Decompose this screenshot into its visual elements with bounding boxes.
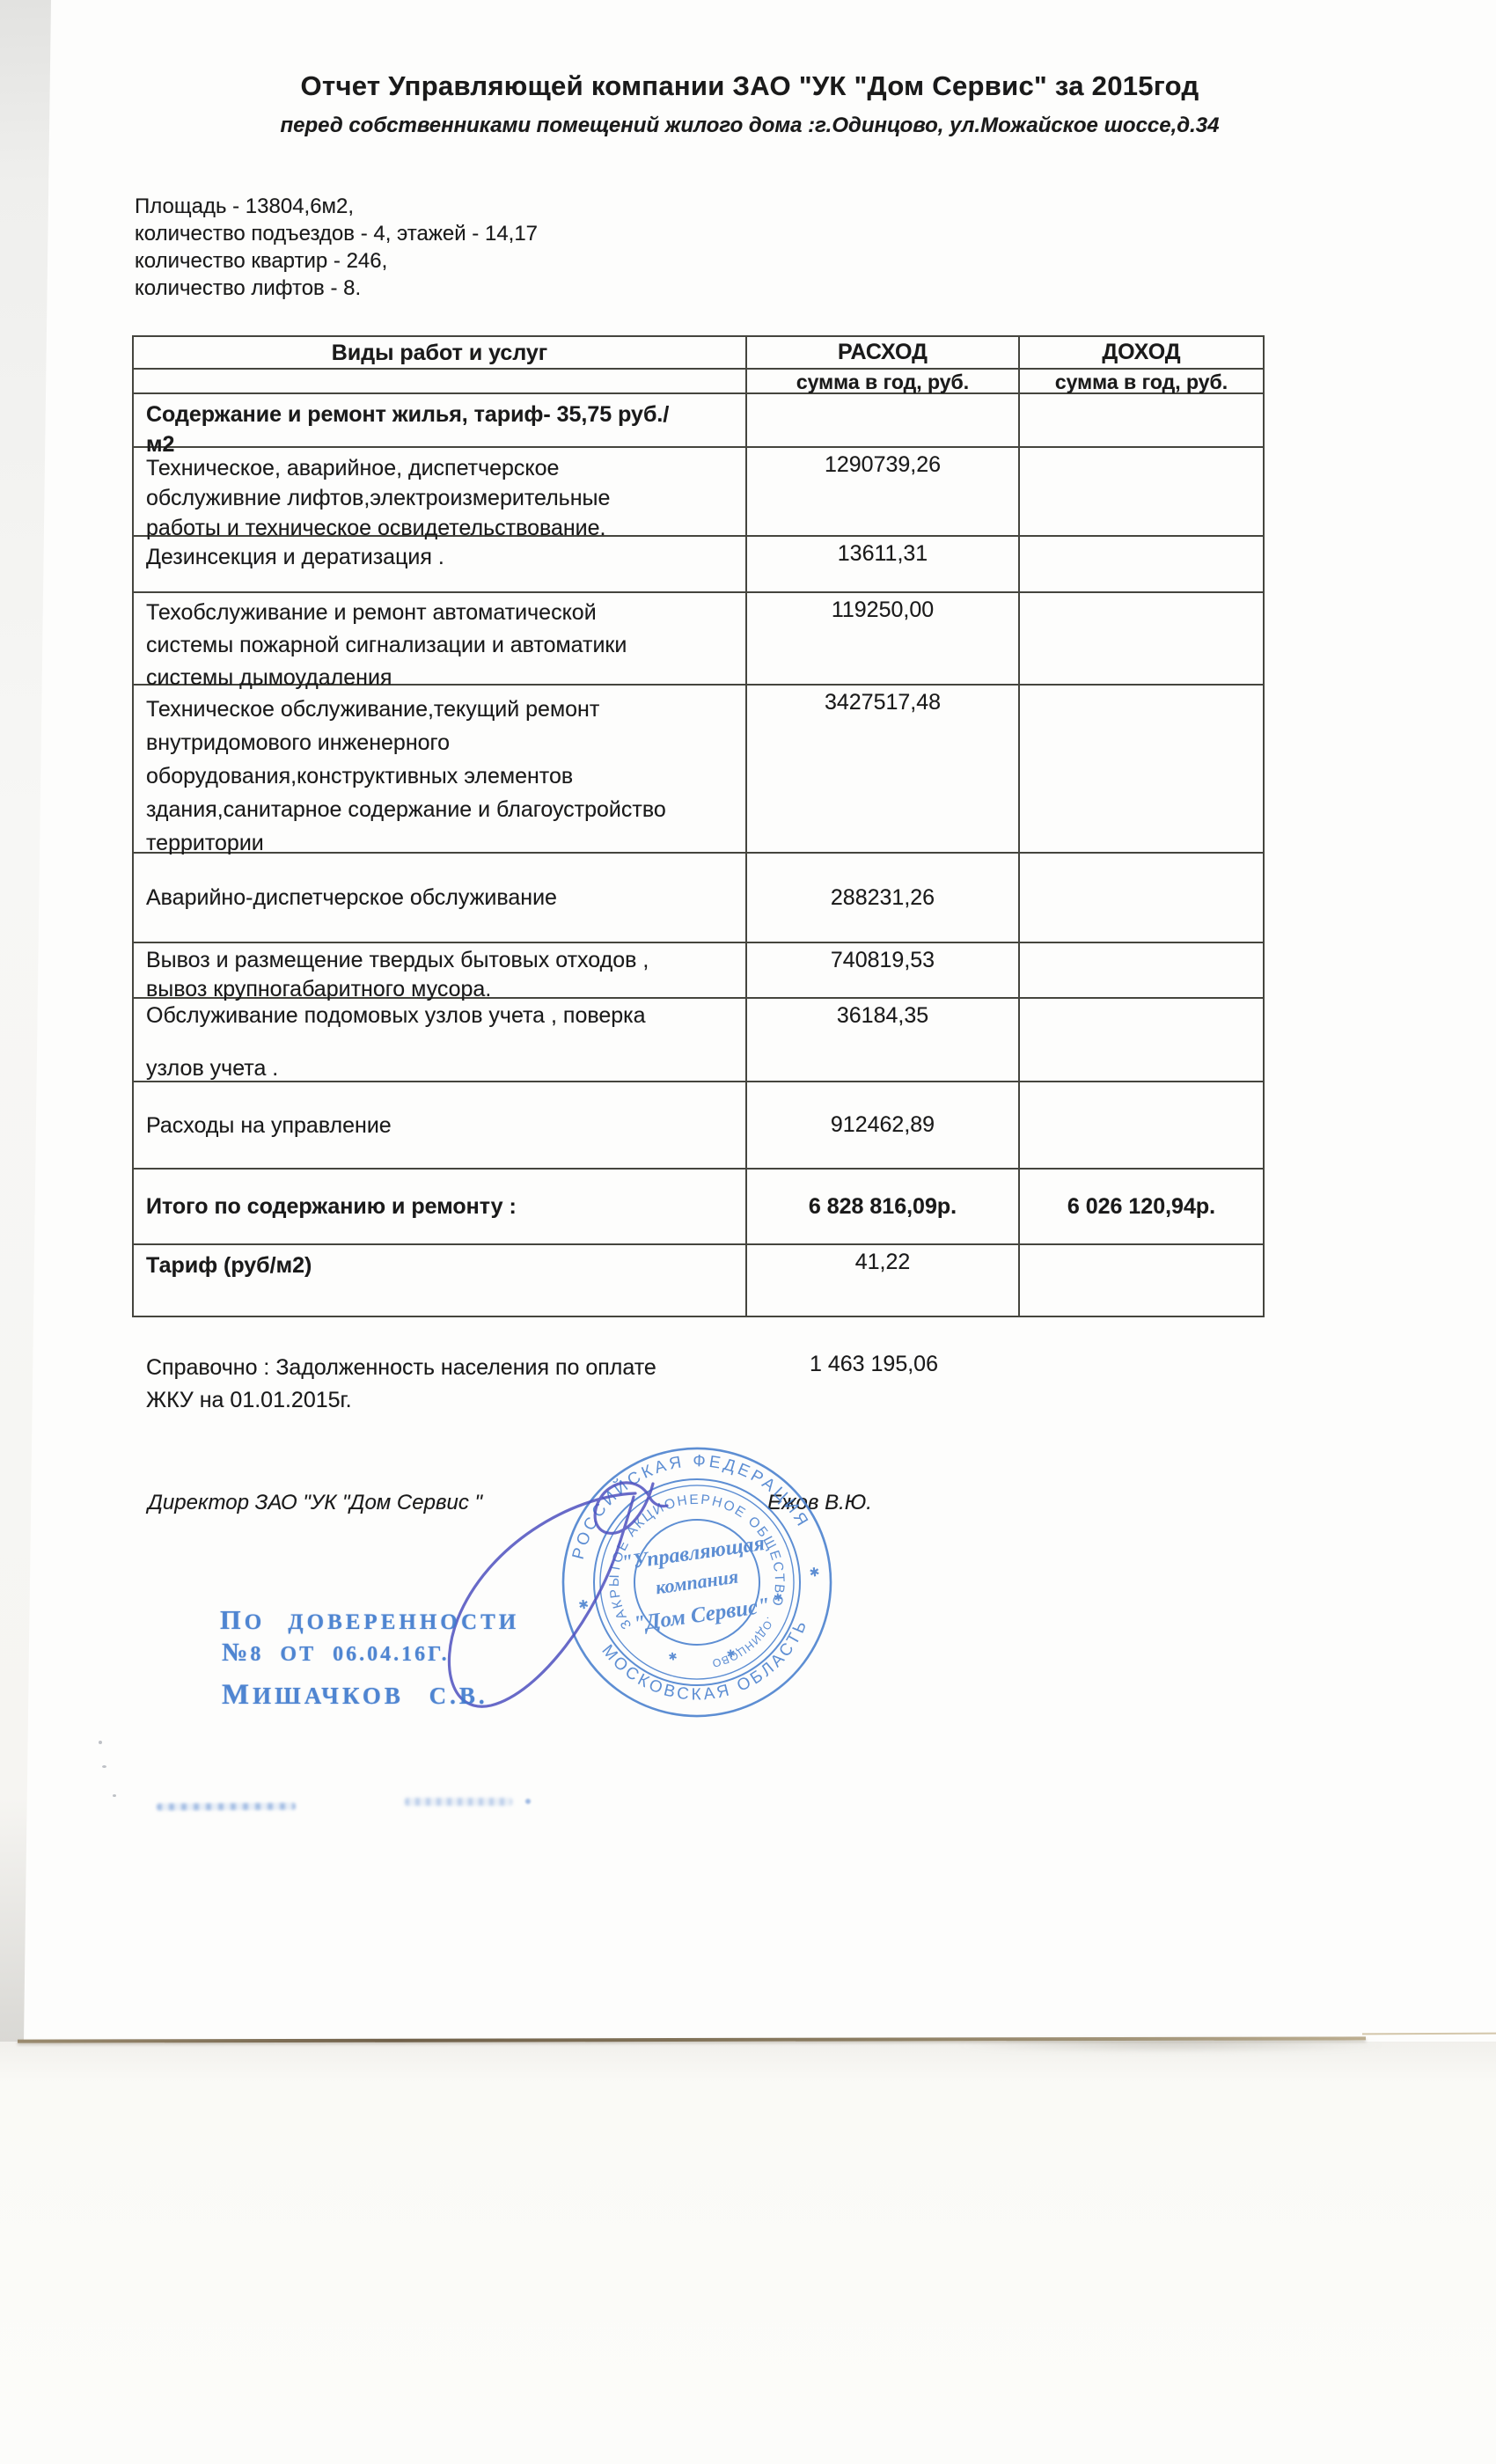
services-table: Виды работ и услуг РАСХОД ДОХОД сумма в … [132,335,1265,1317]
row-expense: 288231,26 [745,854,1018,942]
reference-note: Справочно : Задолженность населения по о… [146,1352,656,1417]
page-title: Отчет Управляющей компании ЗАО "УК "Дом … [134,70,1366,102]
page-bottom-edge-fade [1362,2033,1496,2035]
row-label: Дезинсекция и дератизация . [134,537,745,591]
table-row-total: Итого по содержанию и ремонту : 6 828 81… [134,1168,1263,1243]
paper-speck [102,1765,106,1768]
row-income [1018,394,1263,446]
row-label: Содержание и ремонт жилья, тариф- 35,75 … [134,394,745,446]
tariff-label: Тариф (руб/м2) [134,1245,745,1316]
page-subtitle: перед собственниками помещений жилого до… [134,114,1366,138]
table-row: Техобслуживание и ремонт автоматической … [134,591,1263,684]
report-header: Отчет Управляющей компании ЗАО "УК "Дом … [134,70,1366,138]
row-label: Вывоз и размещение твердых бытовых отход… [134,943,745,997]
total-label: Итого по содержанию и ремонту : [134,1170,745,1243]
row-income [1018,1082,1263,1168]
total-expense: 6 828 816,09р. [745,1170,1018,1243]
row-income [1018,854,1263,942]
table-row: Техническое, аварийное, диспетчерское об… [134,446,1263,535]
row-expense: 36184,35 [745,999,1018,1081]
ink-smudge-left [157,1803,296,1811]
table-row: Вывоз и размещение твердых бытовых отход… [134,942,1263,997]
subheader-empty [134,370,745,392]
row-expense: 1290739,26 [745,448,1018,535]
row-expense: 740819,53 [745,943,1018,997]
building-info-area: Площадь - 13804,6м2, [135,193,538,220]
ink-dot [525,1799,531,1804]
row-income [1018,448,1263,535]
page-bottom-shadow [950,2040,1390,2050]
building-info-apartments: количество квартир - 246, [135,247,538,275]
reference-value: 1 463 195,06 [810,1352,938,1377]
paper-speck [113,1794,116,1797]
row-label: Расходы на управление [134,1082,745,1168]
row-expense: 3427517,48 [745,686,1018,852]
scanner-background [0,2042,1496,2464]
scanned-report-page: Отчет Управляющей компании ЗАО "УК "Дом … [0,0,1496,2464]
building-info-elevators: количество лифтов - 8. [135,275,538,302]
row-income [1018,943,1263,997]
row-label: Техническое обслуживание,текущий ремонт … [134,686,745,852]
row-expense [745,394,1018,446]
table-row: Техническое обслуживание,текущий ремонт … [134,684,1263,852]
row-expense: 13611,31 [745,537,1018,591]
row-income [1018,686,1263,852]
header-income: ДОХОД [1018,337,1263,368]
table-row: Содержание и ремонт жилья, тариф- 35,75 … [134,392,1263,446]
header-works: Виды работ и услуг [134,337,745,368]
total-income: 6 026 120,94р. [1018,1170,1263,1243]
row-income [1018,999,1263,1081]
row-label: Техническое, аварийное, диспетчерское об… [134,448,745,535]
paper-speck [99,1741,102,1744]
row-expense: 119250,00 [745,593,1018,684]
subheader-income-units: сумма в год, руб. [1018,370,1263,392]
tariff-value: 41,22 [745,1245,1018,1316]
seal-star-right: ✱ [809,1565,821,1580]
table-row-tariff: Тариф (руб/м2) 41,22 [134,1243,1263,1316]
proxy-stamp-line1: ПО ДОВЕРЕННОСТИ [220,1605,519,1636]
ink-smudge-right [405,1798,512,1806]
table-subheader-row: сумма в год, руб. сумма в год, руб. [134,368,1263,392]
page-left-edge [0,0,53,2042]
table-header-row: Виды работ и услуг РАСХОД ДОХОД [134,337,1263,368]
row-income [1018,537,1263,591]
row-income [1018,593,1263,684]
header-expense: РАСХОД [745,337,1018,368]
row-label: Техобслуживание и ремонт автоматической … [134,593,745,684]
building-info-entrances: количество подъездов - 4, этажей - 14,17 [135,220,538,247]
row-label: Обслуживание подомовых узлов учета , пов… [134,999,745,1081]
table-row: Обслуживание подомовых узлов учета , пов… [134,997,1263,1081]
table-row: Аварийно-диспетчерское обслуживание 2882… [134,852,1263,942]
building-info: Площадь - 13804,6м2, количество подъездо… [135,193,538,302]
proxy-stamp-line3: МИШАЧКОВ С.В. [222,1679,488,1712]
proxy-stamp-line2: №8 ОТ 06.04.16Г. [222,1639,450,1668]
table-row: Дезинсекция и дератизация . 13611,31 [134,535,1263,591]
row-label: Аварийно-диспетчерское обслуживание [134,854,745,942]
tariff-income [1018,1245,1263,1316]
table-row: Расходы на управление 912462,89 [134,1081,1263,1168]
row-expense: 912462,89 [745,1082,1018,1168]
subheader-expense-units: сумма в год, руб. [745,370,1018,392]
